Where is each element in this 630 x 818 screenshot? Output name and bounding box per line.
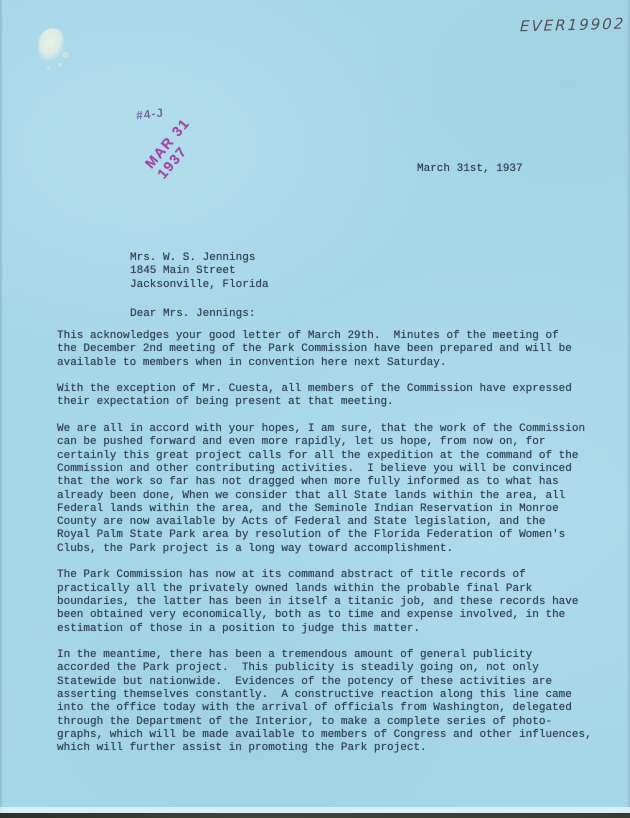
body-line: that the work so far has not dragged whe… <box>57 476 617 489</box>
paper-blemish <box>35 26 68 65</box>
scan-edge-right <box>626 0 630 818</box>
scan-edge-bottom-dark <box>0 813 630 818</box>
body-line: We are all in accord with your hopes, I … <box>57 423 617 436</box>
body-line: their expectation of being present at th… <box>57 396 617 409</box>
body-line: practically all the privately owned land… <box>57 583 617 596</box>
body-line: boundaries, the latter has been in itsel… <box>57 596 617 609</box>
letter-date: March 31st, 1937 <box>417 163 523 176</box>
body-line: Federal lands within the area, and the S… <box>57 503 617 516</box>
scan-edge-left <box>0 0 3 818</box>
body-line: already been done, When we consider that… <box>57 490 617 503</box>
body-line: The Park Commission has now at its comma… <box>57 569 617 582</box>
body-line: the December 2nd meeting of the Park Com… <box>57 343 617 356</box>
body-line: into the office today with the arrival o… <box>57 702 617 715</box>
paragraph: With the exception of Mr. Cuesta, all me… <box>57 383 617 410</box>
body-line: available to members when in convention … <box>57 357 617 370</box>
recipient-address-block: Mrs. W. S. Jennings 1845 Main Street Jac… <box>130 252 269 292</box>
scanned-letter: EVER19902 #4-J MAR 31 1937 March 31st, 1… <box>0 0 630 818</box>
letter-body: This acknowledges your good letter of Ma… <box>57 330 617 769</box>
body-line: through the Department of the Interior, … <box>57 716 617 729</box>
paper-blemish-dot <box>58 63 62 67</box>
paragraph: The Park Commission has now at its comma… <box>57 569 617 635</box>
body-line: which will further assist in promoting t… <box>57 742 617 755</box>
body-line: Commission and other contributing activi… <box>57 463 617 476</box>
handwritten-archive-code: EVER19902 <box>520 15 626 36</box>
received-date-stamp: MAR 31 1937 <box>142 84 231 181</box>
recipient-name: Mrs. W. S. Jennings <box>130 252 269 265</box>
body-line: can be pushed forward and even more rapi… <box>57 436 617 449</box>
body-line: asserting themselves constantly. A const… <box>57 689 617 702</box>
body-line: been obtained very economically, both as… <box>57 609 617 622</box>
recipient-street: 1845 Main Street <box>130 265 269 278</box>
body-line: Royal Palm State Park area by resolution… <box>57 529 617 542</box>
body-line: certainly this great project calls for a… <box>57 450 617 463</box>
paragraph: This acknowledges your good letter of Ma… <box>57 330 617 370</box>
paper-blemish-dot <box>47 66 50 69</box>
paragraph: In the meantime, there has been a tremen… <box>57 649 617 755</box>
body-line: This acknowledges your good letter of Ma… <box>57 330 617 343</box>
body-line: Statewide but nationwide. Evidences of t… <box>57 676 617 689</box>
paper-blemish-dot <box>62 52 69 58</box>
body-line: With the exception of Mr. Cuesta, all me… <box>57 383 617 396</box>
body-line: estimation of those in a position to jud… <box>57 623 617 636</box>
stamp-file-number: #4-J <box>135 105 165 122</box>
body-line: County are now available by Acts of Fede… <box>57 516 617 529</box>
body-line: In the meantime, there has been a tremen… <box>57 649 617 662</box>
recipient-city: Jacksonville, Florida <box>130 279 269 292</box>
body-line: accorded the Park project. This publicit… <box>57 662 617 675</box>
salutation: Dear Mrs. Jennings: <box>130 308 255 321</box>
body-line: graphs, which will be made available to … <box>57 729 617 742</box>
body-line: Clubs, the Park project is a long way to… <box>57 543 617 556</box>
paragraph: We are all in accord with your hopes, I … <box>57 423 617 556</box>
